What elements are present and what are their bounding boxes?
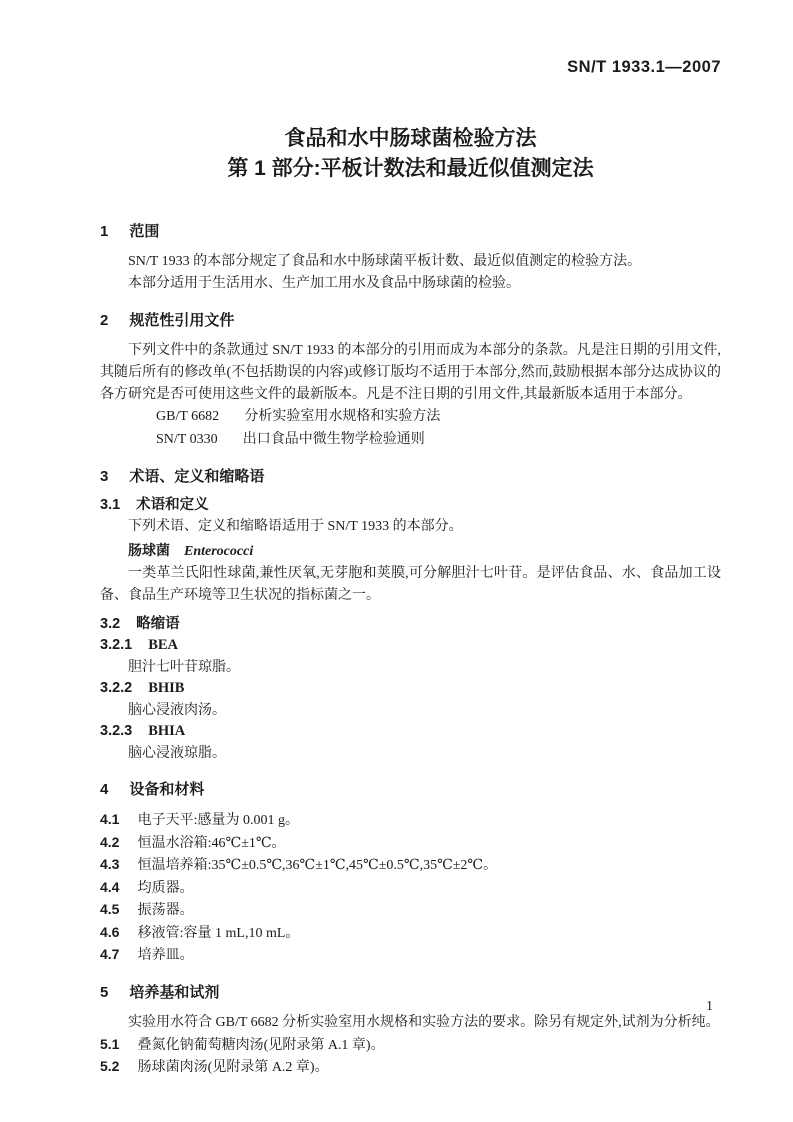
section-1-paragraph-2: 本部分适用于生活用水、生产加工用水及食品中肠球菌的检验。 [100,273,721,295]
equipment-item: 4.3恒温培养箱:35℃±0.5℃,36℃±1℃,45℃±0.5℃,35℃±2℃… [100,854,721,877]
section-3-number: 3 [100,468,108,485]
equipment-item-number: 4.1 [100,811,119,827]
section-4-number: 4 [100,781,108,798]
section-4-heading: 4设备和材料 [100,778,721,801]
medium-item-number: 5.2 [100,1058,119,1074]
term-entry: 肠球菌Enterococci [100,539,721,563]
section-3-2-title: 略缩语 [136,616,180,632]
page-content: SN/T 1933.1—2007 食品和水中肠球菌检验方法 第 1 部分:平板计… [0,0,793,1079]
equipment-item-text: 均质器。 [138,881,194,896]
equipment-item-number: 4.3 [100,856,119,872]
abbreviation-heading: 3.2.3BHIA [100,721,721,743]
section-2-paragraph-1: 下列文件中的条款通过 SN/T 1933 的本部分的引用而成为本部分的条款。凡是… [100,340,721,406]
section-2-title: 规范性引用文件 [129,312,234,329]
term-latin: Enterococci [184,544,253,559]
equipment-item-text: 恒温水浴箱:46℃±1℃。 [138,836,286,851]
section-3-1-title: 术语和定义 [136,497,209,513]
medium-item: 5.2肠球菌肉汤(见附录第 A.2 章)。 [100,1056,721,1079]
standard-code: SN/T 1933.1—2007 [567,58,721,76]
section-1-number: 1 [100,223,108,240]
page-number: 1 [706,996,713,1018]
abbreviation-code: BEA [148,637,178,653]
section-2-heading: 2规范性引用文件 [100,309,721,332]
reference-title: 出口食品中微生物学检验通则 [243,432,425,447]
section-3-2-heading: 3.2略缩语 [100,613,721,635]
equipment-item-number: 4.6 [100,924,119,940]
medium-item-number: 5.1 [100,1036,119,1052]
abbreviation-definition: 脑心浸液琼脂。 [100,743,721,765]
section-1-title: 范围 [129,223,159,240]
document-title-line2: 第 1 部分:平板计数法和最近似值测定法 [100,154,721,184]
section-1-paragraph-1: SN/T 1933 的本部分规定了食品和水中肠球菌平板计数、最近似值测定的检验方… [100,251,721,273]
equipment-item-number: 4.2 [100,834,119,850]
abbreviation-definition: 胆汁七叶苷琼脂。 [100,657,721,679]
reference-code: SN/T 0330 [128,429,218,452]
equipment-item-text: 电子天平:感量为 0.001 g。 [138,813,299,828]
abbreviation-number: 3.2.2 [100,680,132,696]
term-definition: 一类革兰氏阳性球菌,兼性厌氧,无芽胞和荚膜,可分解胆汁七叶苷。是评估食品、水、食… [100,563,721,607]
section-5-number: 5 [100,984,108,1001]
equipment-item-text: 移液管:容量 1 mL,10 mL。 [138,926,300,941]
section-3-1-number: 3.1 [100,497,120,513]
abbreviation-definition: 脑心浸液肉汤。 [100,700,721,722]
medium-item-text: 肠球菌肉汤(见附录第 A.2 章)。 [138,1060,329,1075]
abbreviation-heading: 3.2.2BHIB [100,678,721,700]
equipment-item-number: 4.7 [100,946,119,962]
equipment-item: 4.6移液管:容量 1 mL,10 mL。 [100,922,721,945]
abbreviation-heading: 3.2.1BEA [100,635,721,657]
equipment-item-text: 培养皿。 [138,948,194,963]
equipment-item: 4.2恒温水浴箱:46℃±1℃。 [100,832,721,855]
abbreviation-number: 3.2.3 [100,723,132,739]
document-page: SN/T 1933.1—2007 食品和水中肠球菌检验方法 第 1 部分:平板计… [0,0,793,1122]
section-5-paragraph-1: 实验用水符合 GB/T 6682 分析实验室用水规格和实验方法的要求。除另有规定… [100,1012,721,1034]
equipment-item-number: 4.4 [100,879,119,895]
section-3-1-intro: 下列术语、定义和缩略语适用于 SN/T 1933 的本部分。 [100,516,721,538]
equipment-item: 4.4均质器。 [100,877,721,900]
equipment-item-number: 4.5 [100,901,119,917]
section-5-title: 培养基和试剂 [129,984,219,1001]
abbreviation-number: 3.2.1 [100,637,132,653]
reference-item: SN/T 0330出口食品中微生物学检验通则 [100,429,721,452]
abbreviation-code: BHIB [148,680,184,696]
section-3-1-heading: 3.1术语和定义 [100,494,721,516]
section-3-heading: 3术语、定义和缩略语 [100,465,721,488]
page-header: SN/T 1933.1—2007 [100,56,721,78]
section-5-heading: 5培养基和试剂 [100,981,721,1004]
medium-item: 5.1叠氮化钠葡萄糖肉汤(见附录第 A.1 章)。 [100,1034,721,1057]
section-4-title: 设备和材料 [129,781,204,798]
equipment-item: 4.5振荡器。 [100,899,721,922]
equipment-item-text: 振荡器。 [138,903,194,918]
section-3-title: 术语、定义和缩略语 [129,468,264,485]
equipment-list: 4.1电子天平:感量为 0.001 g。 4.2恒温水浴箱:46℃±1℃。 4.… [100,809,721,967]
abbreviation-code: BHIA [148,723,185,739]
medium-item-text: 叠氮化钠葡萄糖肉汤(见附录第 A.1 章)。 [138,1038,385,1053]
equipment-item: 4.7培养皿。 [100,944,721,967]
document-title-line1: 食品和水中肠球菌检验方法 [100,124,721,154]
equipment-item: 4.1电子天平:感量为 0.001 g。 [100,809,721,832]
section-2-number: 2 [100,312,108,329]
equipment-item-text: 恒温培养箱:35℃±0.5℃,36℃±1℃,45℃±0.5℃,35℃±2℃。 [138,858,497,873]
term-chinese: 肠球菌 [128,542,170,558]
document-title: 食品和水中肠球菌检验方法 第 1 部分:平板计数法和最近似值测定法 [100,124,721,184]
reference-code: GB/T 6682 [128,406,219,429]
section-3-2-number: 3.2 [100,616,120,632]
section-1-heading: 1范围 [100,220,721,243]
reference-item: GB/T 6682分析实验室用水规格和实验方法 [100,406,721,429]
reference-title: 分析实验室用水规格和实验方法 [244,409,440,424]
